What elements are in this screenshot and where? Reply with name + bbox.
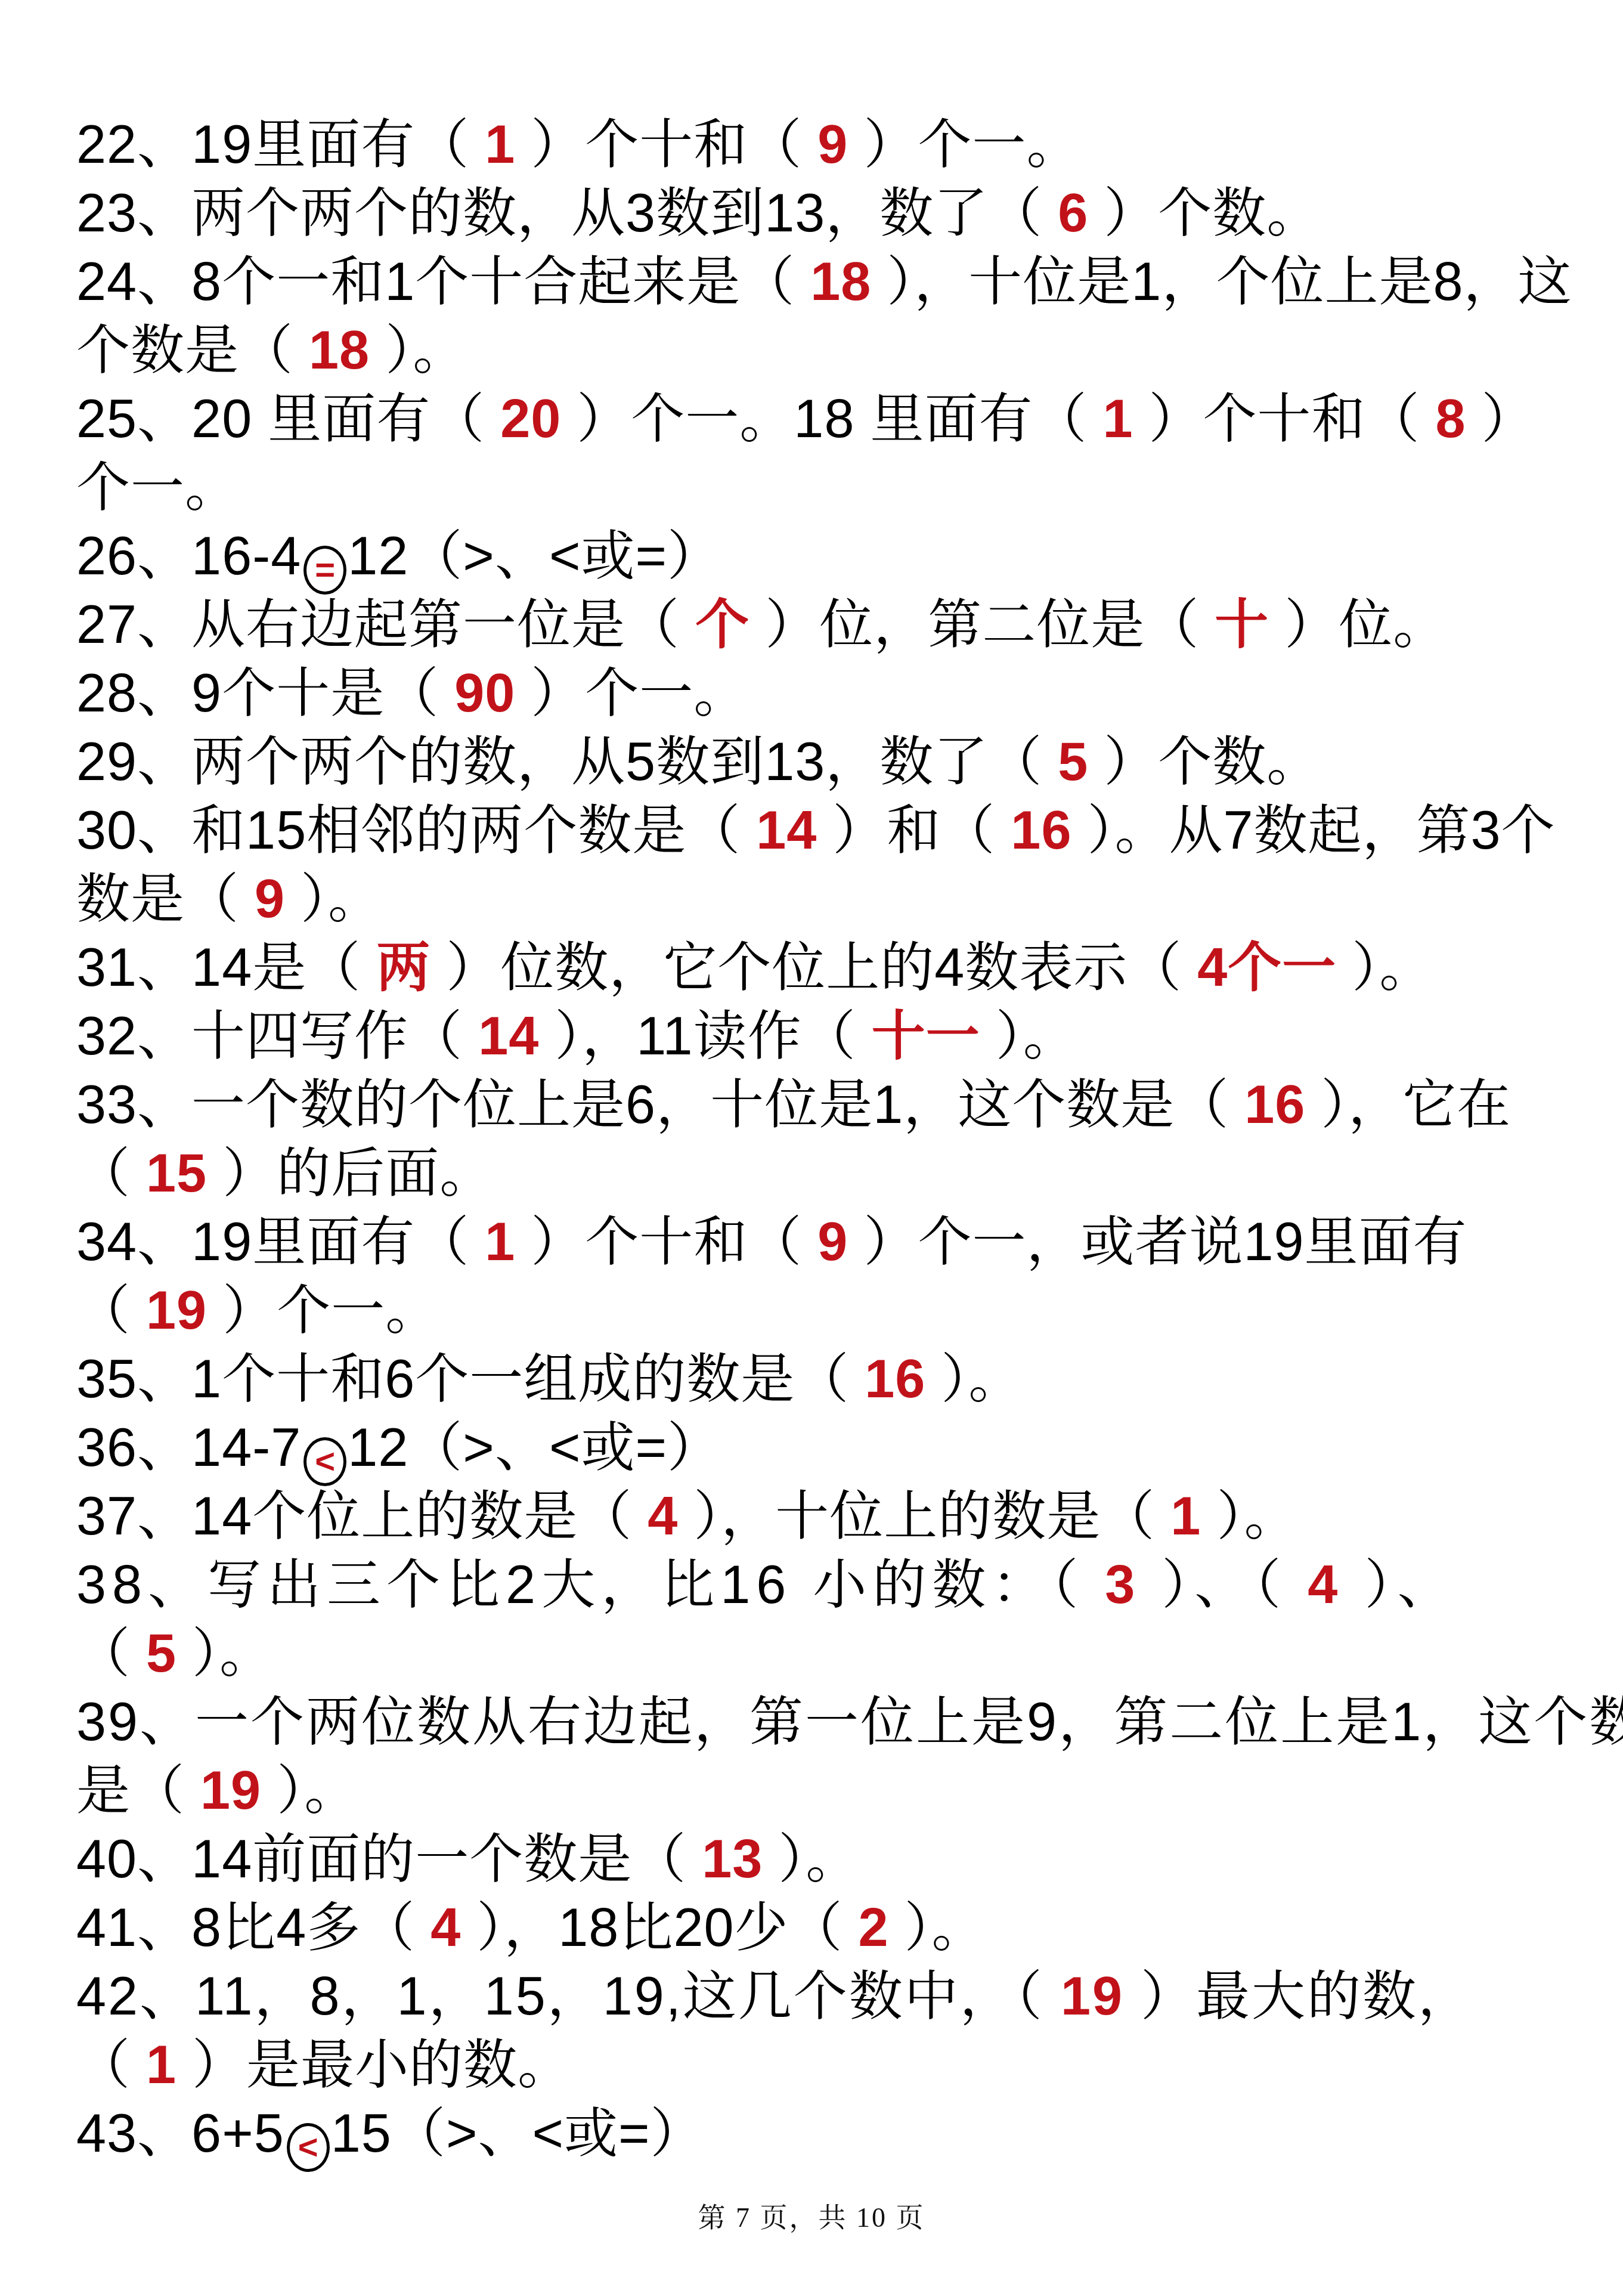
question-text: 25、20 里面有（ [76,389,500,449]
question-text: 41、8比4多（ [76,1898,430,1958]
question-text: 12（>、<或=） [348,1418,721,1478]
question-line: 24、8个一和1个十合起来是（ 18 ），十位是1，个位上是8，这 [76,248,1623,317]
question-line: 39、一个两位数从右边起，第一位上是9，第二位上是1，这个数 [76,1688,1623,1757]
question-text: ）位。 [1269,595,1447,655]
answer-text: 16 [1011,801,1071,861]
question-text: ），11读作（ [539,1007,871,1066]
answer-text: 1 [485,1212,515,1272]
question-text: ）。 [176,1624,274,1684]
answer-text: 3 [1105,1555,1141,1615]
answer-text: 13 [702,1830,763,1889]
answer-text: 14 [478,1007,539,1066]
question-text: （ [76,1144,146,1203]
answer-text: 6 [1058,184,1088,243]
question-text: ）。 [925,1350,1023,1409]
question-line: 35、1个十和6个一组成的数是（ 16 ）。 [76,1345,1623,1414]
question-line: 43、6+5<15（>、<或=） [76,2100,1623,2168]
answer-text: 16 [865,1350,925,1409]
question-text: ）个十和（ [515,1212,817,1272]
question-text: 22、19里面有（ [76,115,485,175]
question-text: ）个十和（ [1133,389,1436,449]
page-footer: 第 7 页，共 10 页 [0,2196,1623,2235]
answer-text: 18 [810,252,871,312]
question-line: 25、20 里面有（ 20 ）个一。18 里面有（ 1 ）个十和（ 8 ） [76,385,1623,454]
answer-text: 14 [756,801,817,861]
answer-text: 15 [146,1144,207,1203]
question-line: （ 19 ）个一。 [76,1277,1623,1345]
answer-symbol-text: < [298,2130,318,2165]
question-text: ）个数。 [1088,732,1321,792]
question-text: （ [76,1624,146,1684]
answer-text: 9 [255,869,285,929]
question-line: 36、14-7<12（>、<或=） [76,1414,1623,1483]
answer-text: 9 [817,115,848,175]
question-line: 26、16-4=12（>、<或=） [76,522,1623,591]
answer-symbol-text: < [315,1444,335,1479]
answer-text: 90 [454,664,515,723]
question-line: （ 15 ）的后面。 [76,1140,1623,1208]
question-text: ） [1466,389,1536,449]
answer-text: 8 [1436,389,1466,449]
question-text: ）个一。18 里面有（ [561,389,1102,449]
question-text: ）、 [1343,1555,1457,1615]
question-line: 34、19里面有（ 1 ）个十和（ 9 ）个一，或者说19里面有 [76,1208,1623,1277]
question-text: 12（>、<或=） [348,527,721,586]
answer-text: 两 [376,938,430,998]
question-text: 数是（ [76,869,255,929]
answer-text: 5 [146,1624,176,1684]
question-text: ），十位上的数是（ [678,1487,1170,1546]
question-text: ）和（ [817,801,1011,861]
question-text: （ [76,2035,146,2095]
circled-answer-symbol: = [303,546,346,595]
question-text: （ [76,1281,146,1341]
answer-text: 18 [309,321,370,380]
question-text: 个数是（ [76,321,309,380]
answer-text: 19 [200,1761,261,1821]
worksheet-page: 22、19里面有（ 1 ）个十和（ 9 ）个一。23、两个两个的数，从3数到13… [0,0,1623,2296]
question-text: 37、14个位上的数是（ [76,1487,648,1546]
question-text: 是（ [76,1761,200,1821]
question-text: ），十位是1，个位上是8，这 [871,252,1572,312]
answer-symbol-text: = [315,553,335,587]
answer-text: 16 [1244,1075,1305,1135]
answer-text: 19 [146,1281,207,1341]
question-line: 38、写出三个比2大，比16 小的数：（ 3 ）、（ 4 ）、 [76,1551,1623,1620]
answer-text: 十 [1215,595,1269,655]
question-text: 24、8个一和1个十合起来是（ [76,252,810,312]
question-text: ）。 [889,1898,986,1958]
question-line: 数是（ 9 ）。 [76,865,1623,934]
question-text: 36、14-7 [76,1418,301,1478]
question-text: 26、16-4 [76,527,301,586]
question-text: ）个一，或者说19里面有 [848,1212,1467,1272]
answer-text: 4 [1308,1555,1343,1615]
question-text: ），18比20少（ [461,1898,858,1958]
question-text: 23、两个两个的数，从3数到13，数了（ [76,184,1058,243]
question-line: （ 1 ）是最小的数。 [76,2031,1623,2100]
question-line: 是（ 19 ）。 [76,1757,1623,1825]
circled-answer-symbol: < [303,1437,346,1486]
question-text: ）。 [285,869,382,929]
answer-text: 5 [1058,732,1088,792]
answer-text: 1 [485,115,515,175]
question-text: 15（>、<或=） [331,2104,705,2164]
question-text: ）。 [1201,1487,1298,1546]
question-line: 23、两个两个的数，从3数到13，数了（ 6 ）个数。 [76,180,1623,248]
question-text: 34、19里面有（ [76,1212,485,1272]
question-line: （ 5 ）。 [76,1620,1623,1688]
answer-text: 1 [146,2035,176,2095]
question-line: 个一。 [76,454,1623,522]
question-line: 27、从右边起第一位是（ 个 ）位，第二位是（ 十 ）位。 [76,591,1623,660]
question-line: 22、19里面有（ 1 ）个十和（ 9 ）个一。 [76,111,1623,180]
question-text: 29、两个两个的数，从5数到13，数了（ [76,732,1058,792]
question-text: ）。 [763,1830,860,1889]
answer-text: 1 [1102,389,1133,449]
question-line: 33、一个数的个位上是6，十位是1，这个数是（ 16 ），它在 [76,1071,1623,1140]
question-text: ）个数。 [1088,184,1321,243]
question-text: 40、14前面的一个数是（ [76,1830,702,1889]
question-text: ）。 [1336,938,1433,998]
question-text: ），它在 [1305,1075,1511,1135]
question-line: 42、11，8，1，15，19,这几个数中，（ 19 ）最大的数， [76,1963,1623,2031]
circled-answer-symbol: < [287,2123,330,2172]
question-text: ）位数，它个位上的4数表示（ [430,938,1197,998]
question-line: 37、14个位上的数是（ 4 ），十位上的数是（ 1 ）。 [76,1483,1623,1551]
question-text: ）。 [370,321,467,380]
question-text: ）个一。 [848,115,1080,175]
question-line: 29、两个两个的数，从5数到13，数了（ 5 ）个数。 [76,728,1623,797]
question-line: 30、和15相邻的两个数是（ 14 ）和（ 16 ）。从7数起，第3个 [76,797,1623,865]
question-text: ）个一。 [515,664,748,723]
question-text: 31、14是（ [76,938,376,998]
answer-text: 个 [695,595,749,655]
worksheet-body: 22、19里面有（ 1 ）个十和（ 9 ）个一。23、两个两个的数，从3数到13… [76,111,1623,2168]
question-text: ）是最小的数。 [176,2035,572,2095]
question-text: 43、6+5 [76,2104,284,2164]
answer-text: 十一 [872,1007,980,1066]
answer-text: 2 [859,1898,889,1958]
question-text: 30、和15相邻的两个数是（ [76,801,756,861]
question-line: 40、14前面的一个数是（ 13 ）。 [76,1825,1623,1894]
answer-text: 20 [500,389,561,449]
question-line: 个数是（ 18 ）。 [76,317,1623,385]
answer-text: 4 [430,1898,461,1958]
question-text: ）的后面。 [207,1144,494,1203]
question-line: 41、8比4多（ 4 ），18比20少（ 2 ）。 [76,1894,1623,1963]
answer-text: 9 [817,1212,848,1272]
question-line: 32、十四写作（ 14 ），11读作（ 十一 ）。 [76,1002,1623,1071]
question-text: ）最大的数， [1124,1967,1473,2026]
question-text: 42、11，8，1，15，19,这几个数中，（ [76,1967,1061,2026]
question-text: ）个十和（ [515,115,817,175]
question-text: 28、9个十是（ [76,664,454,723]
question-text: ）个一。 [207,1281,439,1341]
question-text: 38、写出三个比2大，比16 小的数：（ [76,1555,1105,1615]
question-text: ）位，第二位是（ [749,595,1215,655]
question-line: 31、14是（ 两 ）位数，它个位上的4数表示（ 4个一 ）。 [76,934,1623,1002]
question-text: ）。 [261,1761,358,1821]
page-indicator: 第 7 页，共 10 页 [698,2202,925,2233]
question-text: 39、一个两位数从右边起，第一位上是9，第二位上是1，这个数 [76,1692,1623,1752]
question-text: 个一。 [76,458,239,518]
question-text: 35、1个十和6个一组成的数是（ [76,1350,865,1409]
answer-text: 1 [1170,1487,1201,1546]
question-text: ）。 [980,1007,1077,1066]
question-line: 28、9个十是（ 90 ）个一。 [76,660,1623,728]
question-text: 27、从右边起第一位是（ [76,595,695,655]
answer-text: 4个一 [1197,938,1336,998]
question-text: 33、一个数的个位上是6，十位是1，这个数是（ [76,1075,1244,1135]
answer-text: 4 [648,1487,678,1546]
question-text: ）、（ [1141,1555,1308,1615]
answer-text: 19 [1061,1967,1124,2026]
question-text: 32、十四写作（ [76,1007,478,1066]
question-text: ）。从7数起，第3个 [1071,801,1555,861]
